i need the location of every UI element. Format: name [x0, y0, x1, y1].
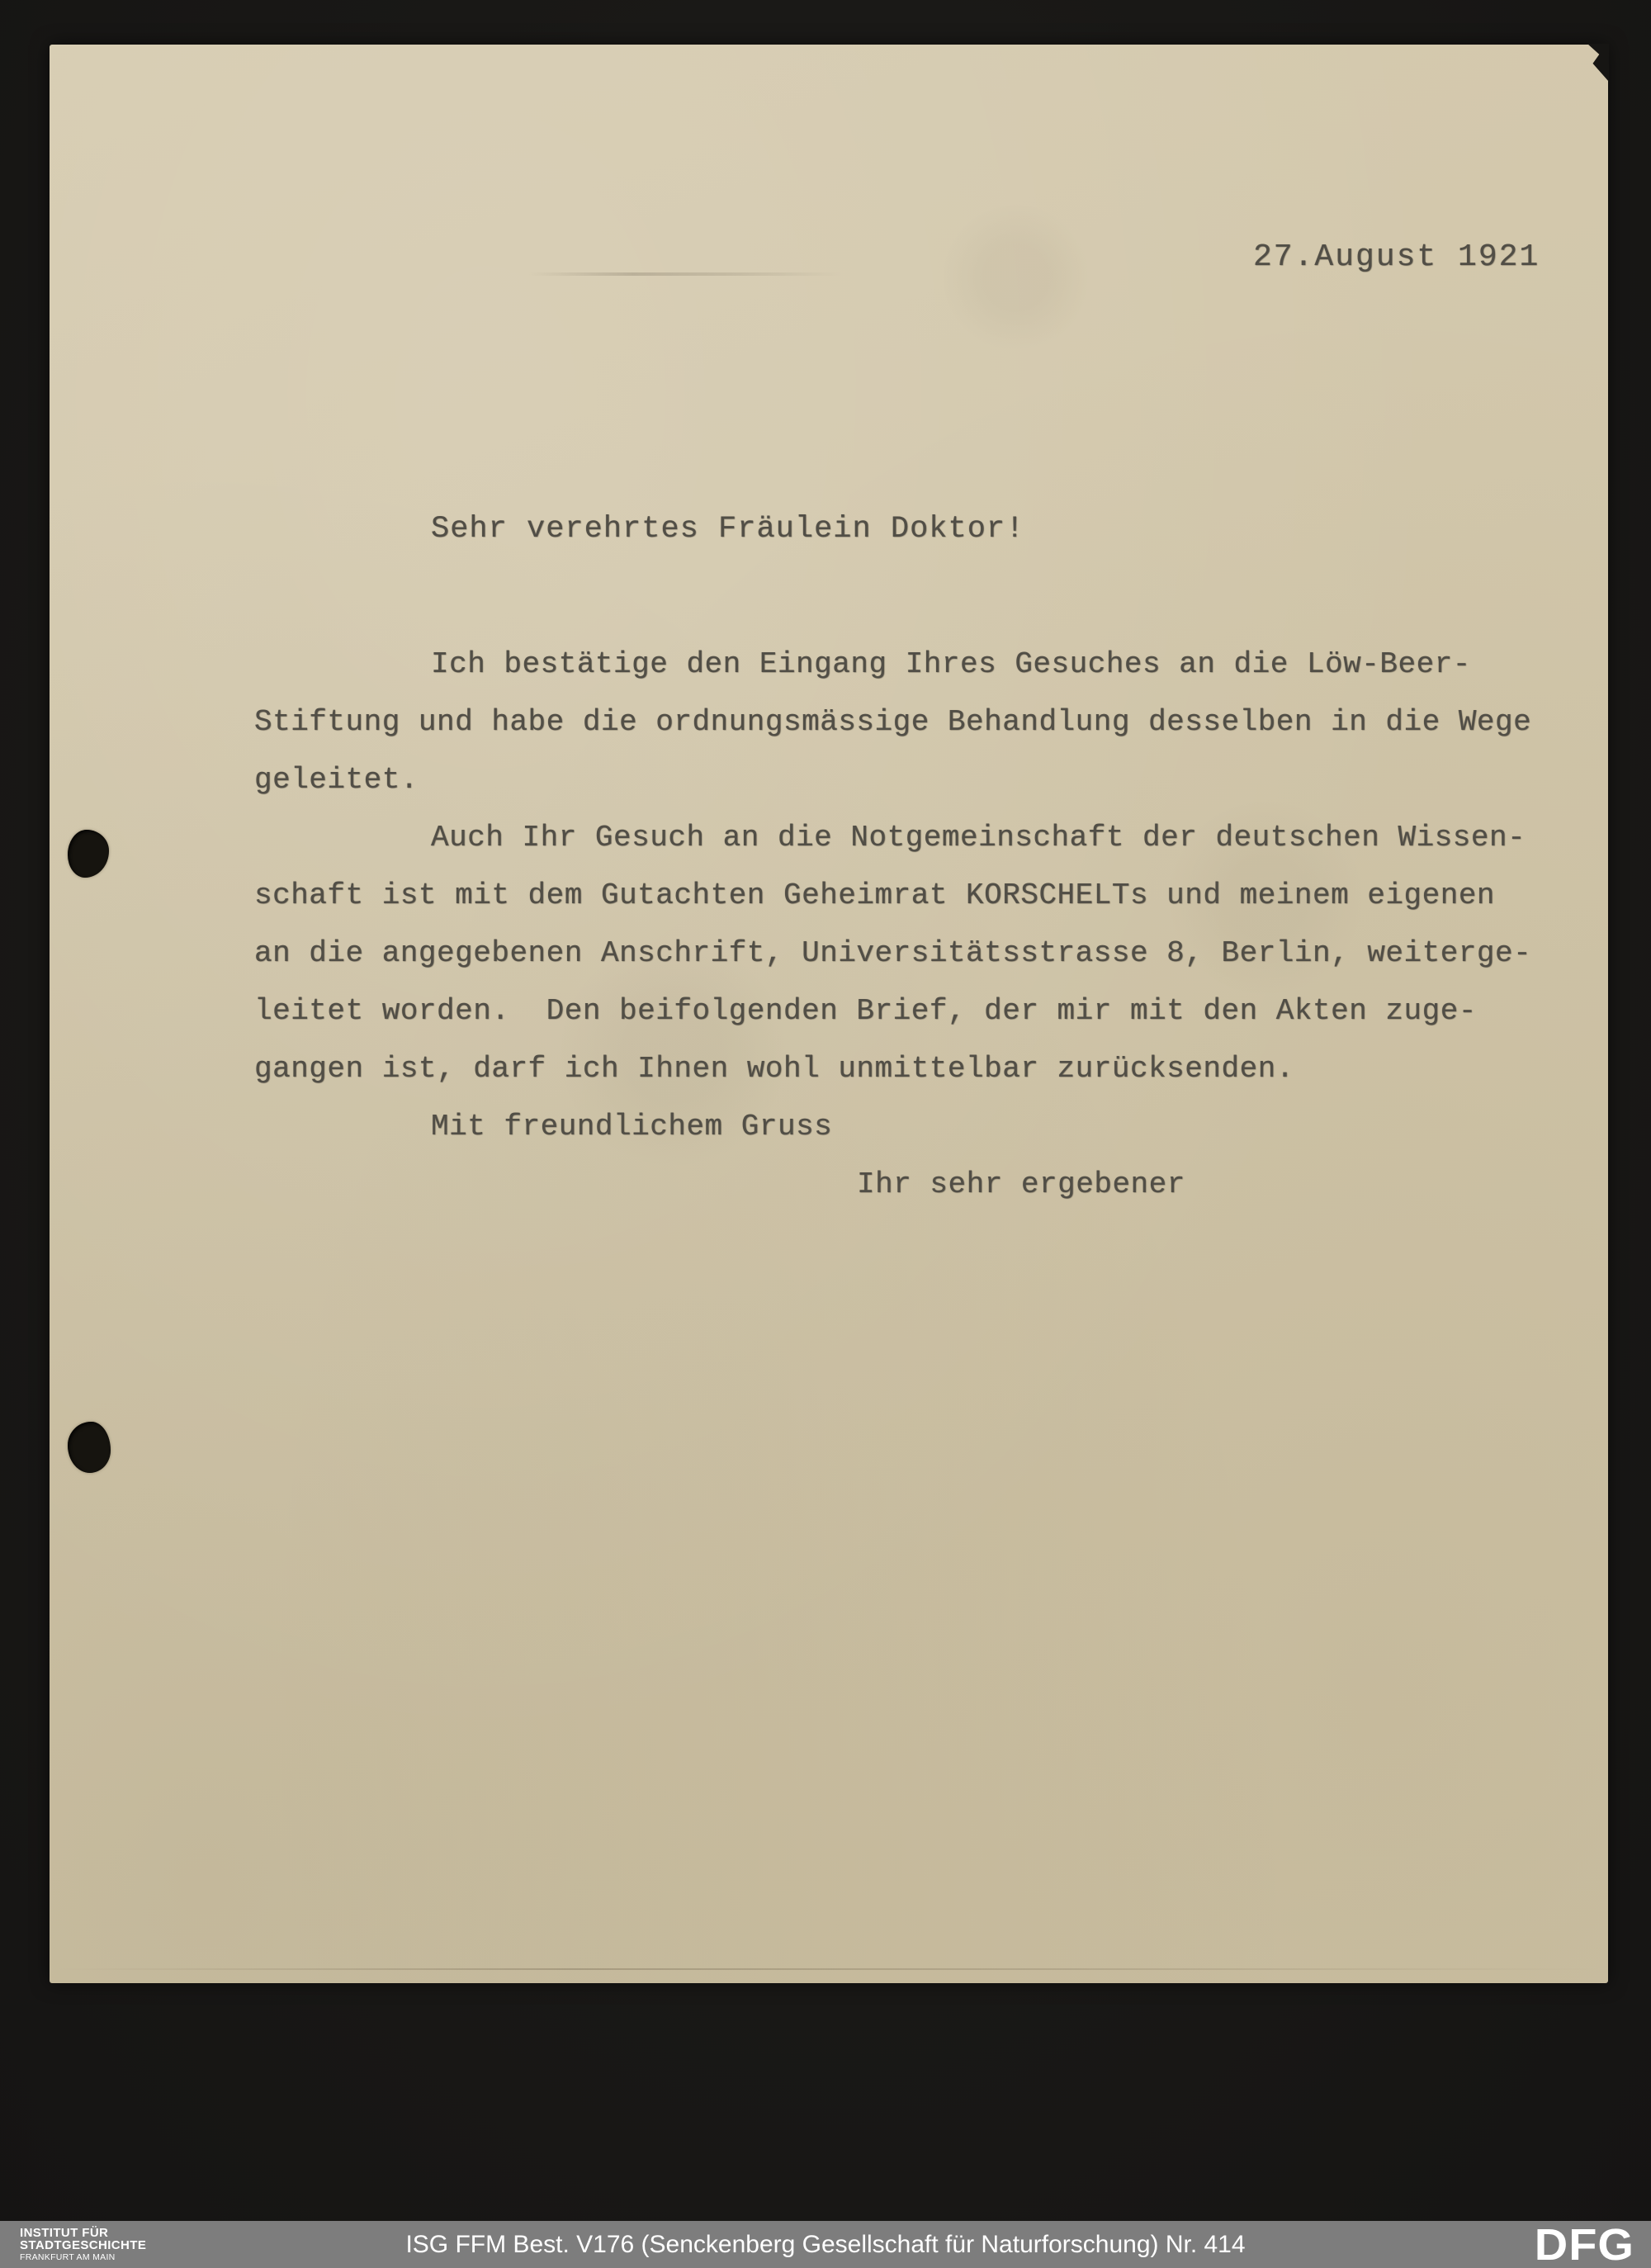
- letter-line: Ich bestätige den Eingang Ihres Gesuches…: [254, 636, 1575, 694]
- fold-line: [54, 1968, 1603, 1970]
- institute-city-line: FRANKFURT AM MAIN: [20, 2253, 146, 2262]
- letter-line: Auch Ihr Gesuch an die Notgemeinschaft d…: [254, 809, 1575, 867]
- letter-signature-line: Ihr sehr ergebener: [254, 1156, 1575, 1214]
- letter-closing: Mit freundlichem Gruss: [254, 1098, 1575, 1156]
- letter-line: an die angegebenen Anschrift, Universitä…: [254, 925, 1575, 982]
- letter-line: gangen ist, darf ich Ihnen wohl unmittel…: [254, 1040, 1575, 1098]
- typewriter-smudge: [528, 272, 842, 276]
- archive-footer-bar: INSTITUT FÜR STADTGESCHICHTE FRANKFURT A…: [0, 2221, 1651, 2268]
- letter-line: leitet worden. Den beifolgenden Brief, d…: [254, 982, 1575, 1040]
- letter-date: 27.August 1921: [1253, 239, 1540, 275]
- isg-institute-logo: INSTITUT FÜR STADTGESCHICHTE FRANKFURT A…: [20, 2227, 146, 2263]
- paper-tear: [1587, 44, 1609, 82]
- dfg-logo: DFG: [1535, 2223, 1634, 2267]
- institute-name-line: INSTITUT FÜR: [20, 2227, 146, 2240]
- archive-reference: ISG FFM Best. V176 (Senckenberg Gesellsc…: [405, 2231, 1245, 2259]
- letter-salutation: Sehr verehrtes Fräulein Doktor!: [431, 512, 1024, 547]
- archive-scan-view: 27.August 1921 Sehr verehrtes Fräulein D…: [0, 0, 1651, 2268]
- letter-line: geleitet.: [254, 751, 1575, 809]
- letter-scan: 27.August 1921 Sehr verehrtes Fräulein D…: [50, 45, 1608, 1983]
- letter-body: Ich bestätige den Eingang Ihres Gesuches…: [254, 636, 1575, 1214]
- punch-hole-bottom: [68, 1422, 111, 1473]
- institute-name-line: STADTGESCHICHTE: [20, 2239, 146, 2252]
- punch-hole-top: [68, 830, 109, 878]
- letter-line: schaft ist mit dem Gutachten Geheimrat K…: [254, 867, 1575, 925]
- letter-line: Stiftung und habe die ordnungsmässige Be…: [254, 694, 1575, 751]
